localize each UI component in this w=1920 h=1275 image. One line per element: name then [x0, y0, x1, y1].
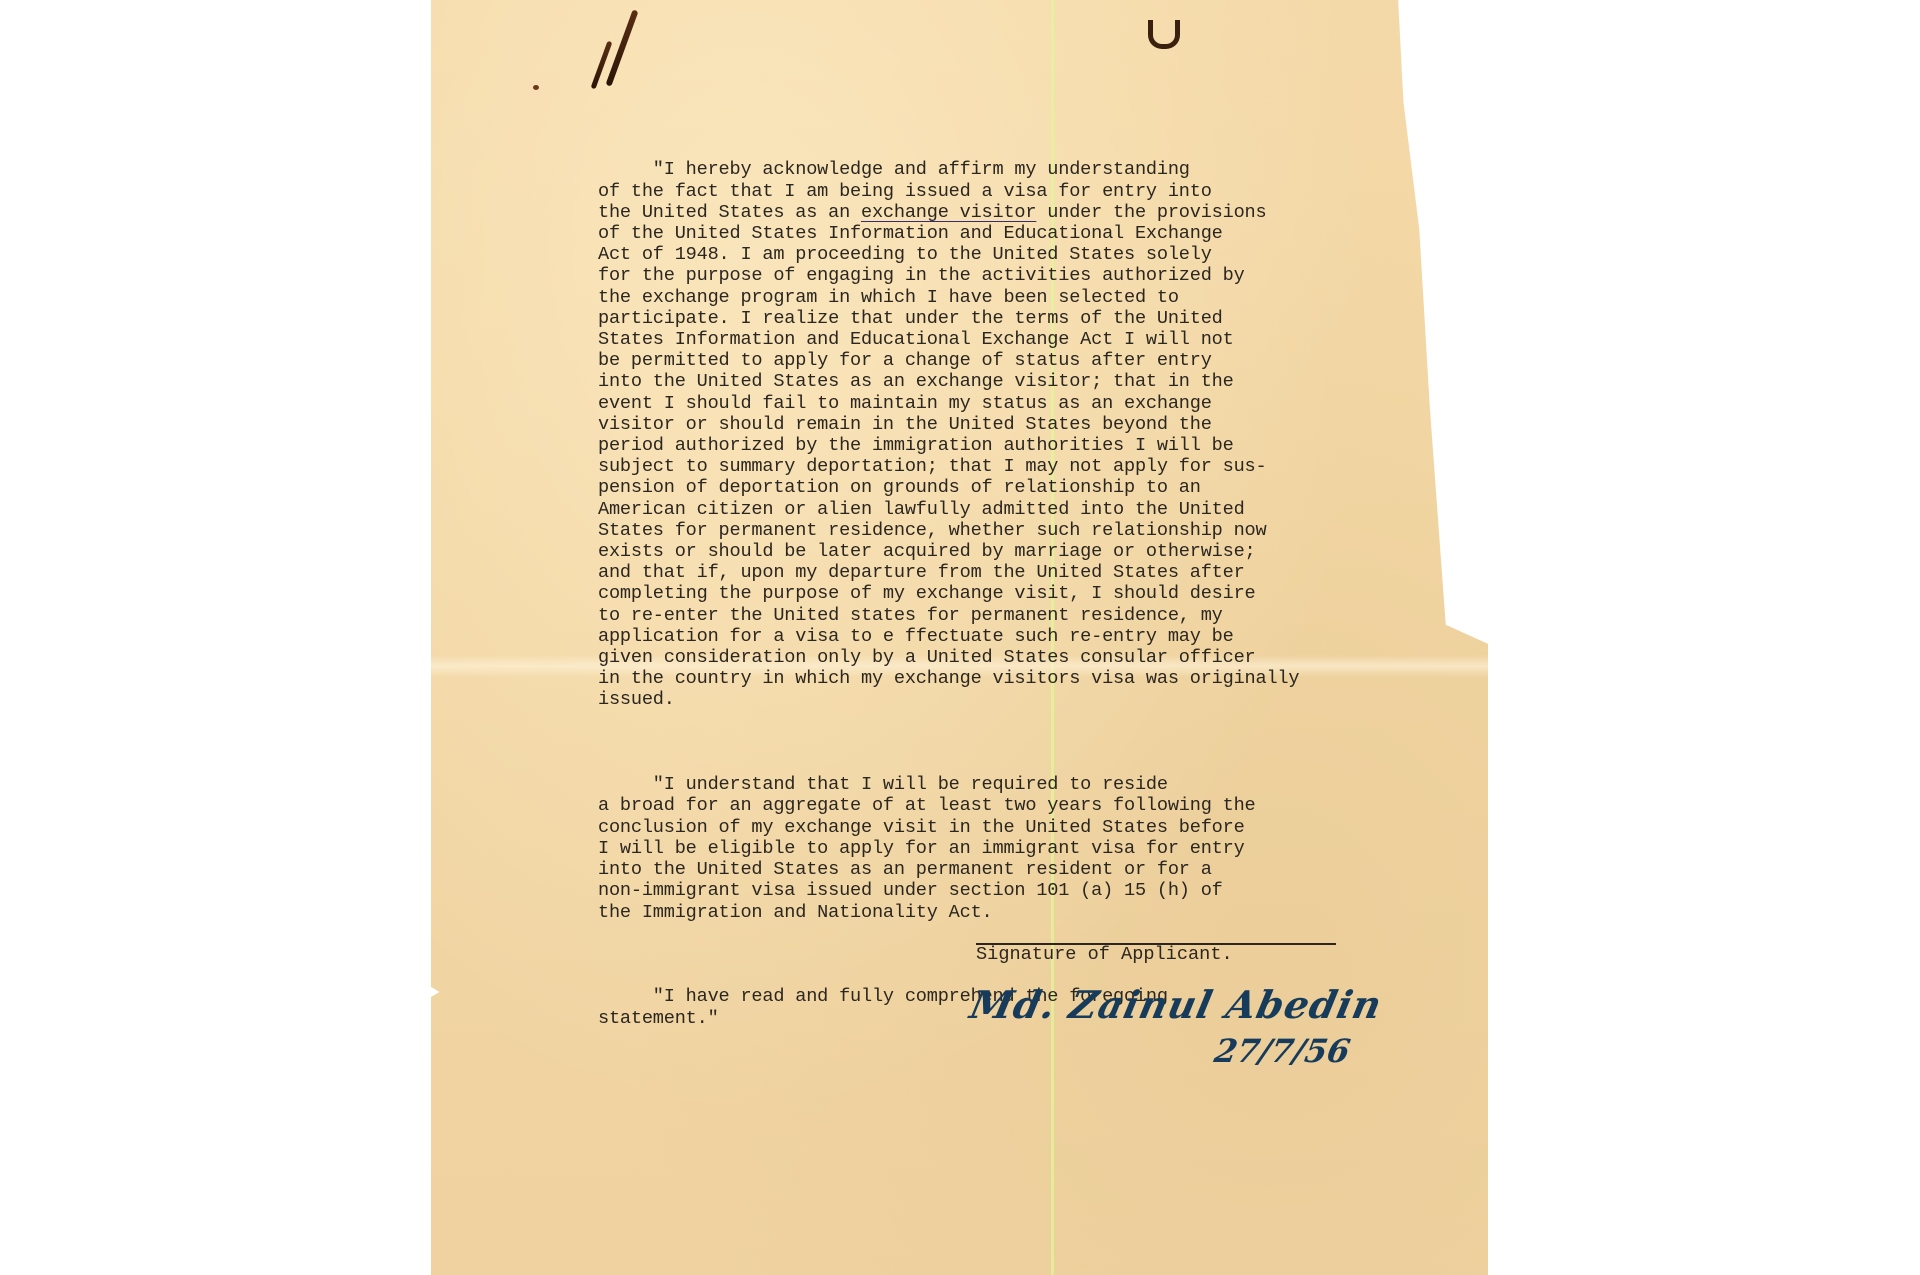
text-line: issued. — [598, 689, 675, 710]
handwritten-date: 27/7/56 — [1212, 1032, 1353, 1070]
text-line: States Information and Educational Excha… — [598, 329, 1234, 350]
paragraph-acknowledgement: "I hereby acknowledge and affirm my unde… — [598, 159, 1458, 710]
text-line: subject to summary deportation; that I m… — [598, 456, 1266, 477]
ink-spot — [533, 85, 539, 90]
text-line: pension of deportation on grounds of rel… — [598, 477, 1201, 498]
text-line: application for a visa to e ffectuate su… — [598, 626, 1234, 647]
text-line: event I should fail to maintain my statu… — [598, 393, 1212, 414]
text-line: statement." — [598, 1008, 719, 1029]
text-line: period authorized by the immigration aut… — [598, 435, 1234, 456]
text-line: of the United States Information and Edu… — [598, 223, 1223, 244]
paragraph-residence-requirement: "I understand that I will be required to… — [598, 774, 1458, 922]
text-line: the United States as an — [598, 202, 861, 223]
text-line: a broad for an aggregate of at least two… — [598, 795, 1255, 816]
document-paper: "I hereby acknowledge and affirm my unde… — [431, 0, 1488, 1275]
text-line: the Immigration and Nationality Act. — [598, 902, 993, 923]
text-line: to re-enter the United states for perman… — [598, 605, 1223, 626]
text-line: "I understand that I will be required to… — [598, 774, 1168, 795]
text-line: exists or should be later acquired by ma… — [598, 541, 1255, 562]
text-line: in the country in which my exchange visi… — [598, 668, 1299, 689]
text-line: I will be eligible to apply for an immig… — [598, 838, 1245, 859]
text-line: given consideration only by a United Sta… — [598, 647, 1255, 668]
text-line: participate. I realize that under the te… — [598, 308, 1223, 329]
text-line: conclusion of my exchange visit in the U… — [598, 817, 1245, 838]
text-line: into the United States as an permanent r… — [598, 859, 1212, 880]
text-line: visitor or should remain in the United S… — [598, 414, 1212, 435]
text-line: for the purpose of engaging in the activ… — [598, 265, 1245, 286]
text-line: non-immigrant visa issued under section … — [598, 880, 1223, 901]
text-line: under the provisions — [1036, 202, 1266, 223]
underlined-phrase: exchange visitor — [861, 202, 1036, 223]
rust-stain-mark — [606, 9, 639, 86]
text-line: of the fact that I am being issued a vis… — [598, 181, 1212, 202]
clip-stain-mark — [1148, 20, 1180, 49]
handwritten-signature: Md. Zainul Abedin — [966, 982, 1386, 1027]
text-line: and that if, upon my departure from the … — [598, 562, 1245, 583]
signature-label: Signature of Applicant. — [976, 944, 1233, 965]
declaration-text: "I hereby acknowledge and affirm my unde… — [598, 117, 1458, 1071]
text-line: American citizen or alien lawfully admit… — [598, 499, 1245, 520]
text-line: Act of 1948. I am proceeding to the Unit… — [598, 244, 1212, 265]
text-line: the exchange program in which I have bee… — [598, 287, 1179, 308]
text-line: "I hereby acknowledge and affirm my unde… — [598, 159, 1190, 180]
text-line: completing the purpose of my exchange vi… — [598, 583, 1255, 604]
text-line: be permitted to apply for a change of st… — [598, 350, 1212, 371]
text-line: into the United States as an exchange vi… — [598, 371, 1234, 392]
text-line: States for permanent residence, whether … — [598, 520, 1266, 541]
